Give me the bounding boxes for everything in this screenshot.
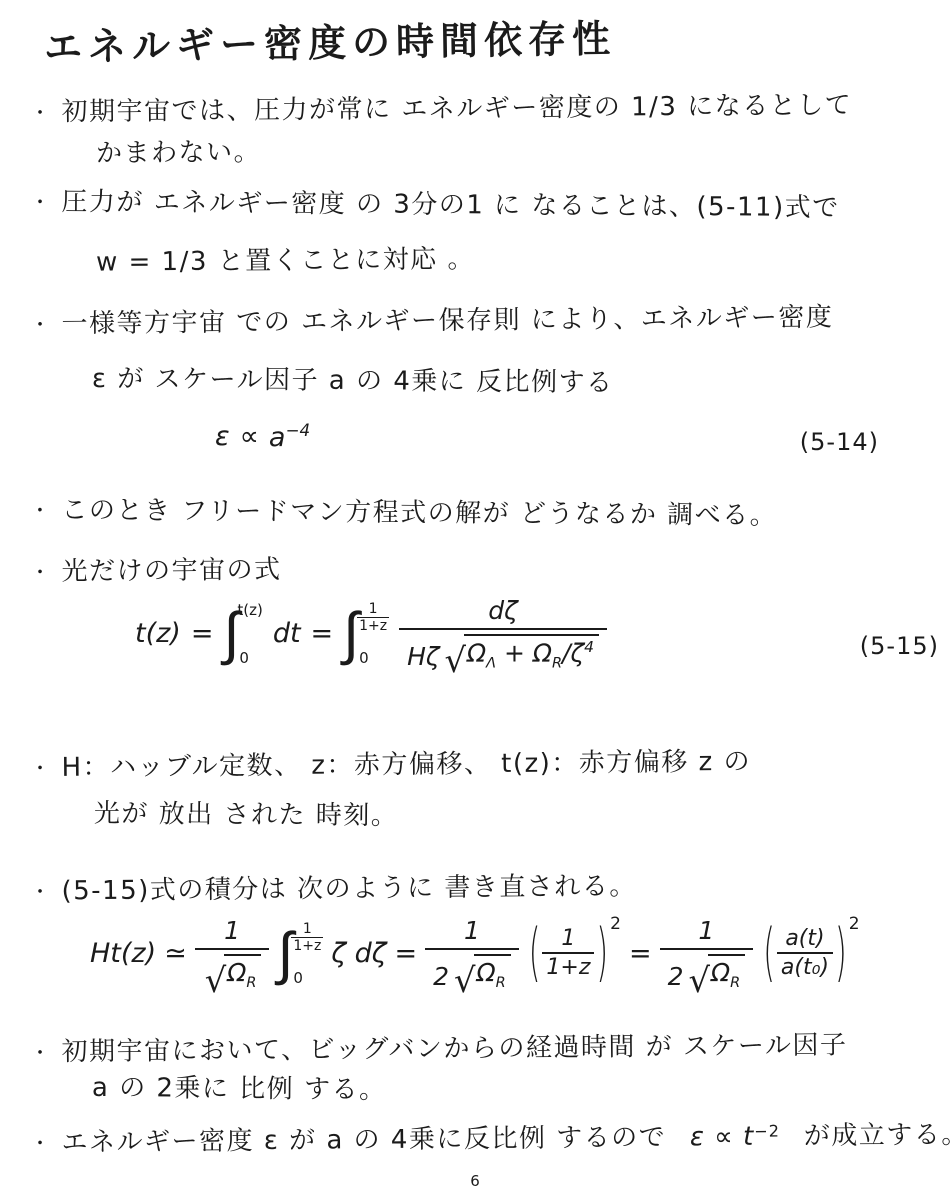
note-line: エネルギー密度 ε が a の 4乗に反比例 するので ε ∝ t−2 が成立す… bbox=[61, 1114, 951, 1159]
note-line: a の 2乗に 比例 する。 bbox=[92, 1067, 387, 1106]
equation-5-14: ε ∝ a−4 (5-14) bbox=[0, 420, 951, 453]
note-line: ε が スケール因子 a の 4乗に 反比例する bbox=[92, 358, 614, 399]
left-paren: ( bbox=[761, 917, 777, 991]
bullet-marker: ・ bbox=[30, 91, 52, 125]
equation-tag: (5-14) bbox=[800, 428, 879, 456]
integral-term: ∫ 1 1+z 0 bbox=[277, 920, 323, 988]
bullet-item: ・ エネルギー密度 ε が a の 4乗に反比例 するので ε ∝ t−2 が成… bbox=[30, 1114, 951, 1159]
bullet-marker: ・ bbox=[30, 181, 52, 215]
lhs: t(z) bbox=[135, 618, 181, 649]
bullet-item: ・ 一様等方宇宙 での エネルギー保存則 により、エネルギー密度 bbox=[30, 296, 834, 340]
numerator: dζ bbox=[482, 596, 523, 628]
notebook-page: エネルギー密度の時間依存性 ・ 初期宇宙では、圧力が常に エネルギー密度の 1/… bbox=[0, 0, 951, 1200]
differential: dt bbox=[273, 618, 301, 649]
coefficient-fraction: 1 2 √ ΩR bbox=[425, 916, 519, 991]
sqrt-symbol: √ bbox=[444, 647, 466, 674]
squared-term: ( a(t) a(t₀) ) 2 bbox=[761, 926, 859, 982]
bullet-item: ・ H：ハッブル定数、 z：赤方偏移、 t(z)：赤方偏移 z の bbox=[30, 741, 751, 784]
bullet-item: ・ 光だけの宇宙の式 bbox=[30, 549, 282, 588]
bullet-marker: ・ bbox=[30, 1122, 52, 1156]
scale-factor: a−4 bbox=[269, 420, 310, 453]
sqrt-symbol: √ bbox=[688, 967, 710, 994]
integrand: ζ dζ bbox=[331, 938, 386, 969]
equals-sign: = bbox=[311, 618, 334, 649]
square-root: √ ΩR bbox=[452, 954, 511, 991]
note-line: 一様等方宇宙 での エネルギー保存則 により、エネルギー密度 bbox=[61, 296, 833, 340]
note-line: 圧力が エネルギー密度 の 3分の1 に なることは、(5-11)式で bbox=[61, 181, 839, 224]
page-number: 6 bbox=[0, 1172, 951, 1190]
upper-limit-fraction: 1 1+z bbox=[357, 601, 389, 634]
note-line: 初期宇宙では、圧力が常に エネルギー密度の 1/3 になるとして bbox=[61, 84, 852, 128]
bullet-item: ・ 初期宇宙では、圧力が常に エネルギー密度の 1/3 になるとして bbox=[30, 84, 852, 128]
bullet-item: ・ 圧力が エネルギー密度 の 3分の1 に なることは、(5-11)式で bbox=[30, 181, 840, 224]
note-line: かまわない。 bbox=[96, 131, 261, 169]
exponent: 2 bbox=[610, 914, 621, 934]
note-line: H：ハッブル定数、 z：赤方偏移、 t(z)：赤方偏移 z の bbox=[61, 741, 751, 784]
bullet-marker: ・ bbox=[30, 1031, 52, 1065]
exponent: −4 bbox=[285, 420, 310, 440]
note-line: 光だけの宇宙の式 bbox=[61, 549, 281, 588]
lower-limit: 0 bbox=[237, 649, 249, 667]
right-paren: ) bbox=[594, 917, 610, 991]
bullet-item: ・ 初期宇宙において、ビッグバンからの経過時間 が スケール因子 bbox=[30, 1024, 848, 1068]
bullet-item: ・ このとき フリードマン方程式の解が どうなるか 調べる。 bbox=[30, 489, 778, 532]
note-line: w = 1/3 と置くことに対応 。 bbox=[96, 238, 475, 278]
bullet-marker: ・ bbox=[30, 870, 52, 904]
bullet-item: ・ (5-15)式の積分は 次のように 書き直される。 bbox=[30, 865, 637, 907]
denominator: Hζ √ ΩΛ + ΩR/ζ4 bbox=[399, 628, 607, 671]
integral-term: ∫ 1 1+z 0 bbox=[343, 600, 389, 668]
lower-limit: 0 bbox=[357, 649, 369, 667]
lower-limit: 0 bbox=[291, 969, 303, 987]
square-root: √ ΩR bbox=[686, 954, 745, 991]
equation-5-15: t(z) = ∫ t(z) 0 dt = ∫ 1 1+z 0 bbox=[0, 596, 951, 671]
note-line: 光が 放出 された 時刻。 bbox=[94, 793, 399, 832]
approx-symbol: ≃ bbox=[164, 938, 187, 969]
bullet-marker: ・ bbox=[30, 551, 52, 585]
note-line: 初期宇宙において、ビッグバンからの経過時間 が スケール因子 bbox=[61, 1024, 847, 1068]
exponent: 2 bbox=[849, 914, 860, 934]
squared-term: ( 1 1+z ) 2 bbox=[527, 926, 621, 982]
bullet-marker: ・ bbox=[30, 489, 52, 523]
integrand-fraction: dζ Hζ √ ΩΛ + ΩR/ζ4 bbox=[399, 596, 607, 671]
inline-formula: ε ∝ t−2 bbox=[690, 1122, 780, 1153]
equation-rewrite: Ht(z) ≃ 1 √ ΩR ∫ 1 1+z 0 bbox=[0, 916, 951, 991]
propto-symbol: ∝ bbox=[240, 421, 259, 452]
integral-term: ∫ t(z) 0 bbox=[223, 600, 262, 668]
upper-limit: t(z) bbox=[237, 601, 262, 619]
bullet-marker: ・ bbox=[30, 747, 52, 781]
equals-sign: = bbox=[394, 938, 417, 969]
square-root: √ ΩΛ + ΩR/ζ4 bbox=[442, 634, 599, 671]
lhs: Ht(z) bbox=[90, 938, 156, 969]
epsilon-symbol: ε bbox=[215, 421, 230, 452]
equals-sign: = bbox=[191, 618, 214, 649]
left-paren: ( bbox=[527, 917, 543, 991]
bullet-marker: ・ bbox=[30, 303, 52, 337]
sqrt-symbol: √ bbox=[205, 967, 227, 994]
note-line: (5-15)式の積分は 次のように 書き直される。 bbox=[61, 865, 637, 907]
right-paren: ) bbox=[833, 917, 849, 991]
page-title: エネルギー密度の時間依存性 bbox=[44, 8, 617, 72]
equation-tag: (5-15) bbox=[860, 632, 939, 660]
coefficient-fraction: 1 2 √ ΩR bbox=[660, 916, 754, 991]
note-line: このとき フリードマン方程式の解が どうなるか 調べる。 bbox=[61, 489, 777, 532]
square-root: √ ΩR bbox=[203, 954, 262, 991]
prefactor-fraction: 1 √ ΩR bbox=[195, 916, 270, 991]
upper-limit-fraction: 1 1+z bbox=[291, 921, 323, 954]
equals-sign: = bbox=[629, 938, 652, 969]
sqrt-symbol: √ bbox=[454, 967, 476, 994]
